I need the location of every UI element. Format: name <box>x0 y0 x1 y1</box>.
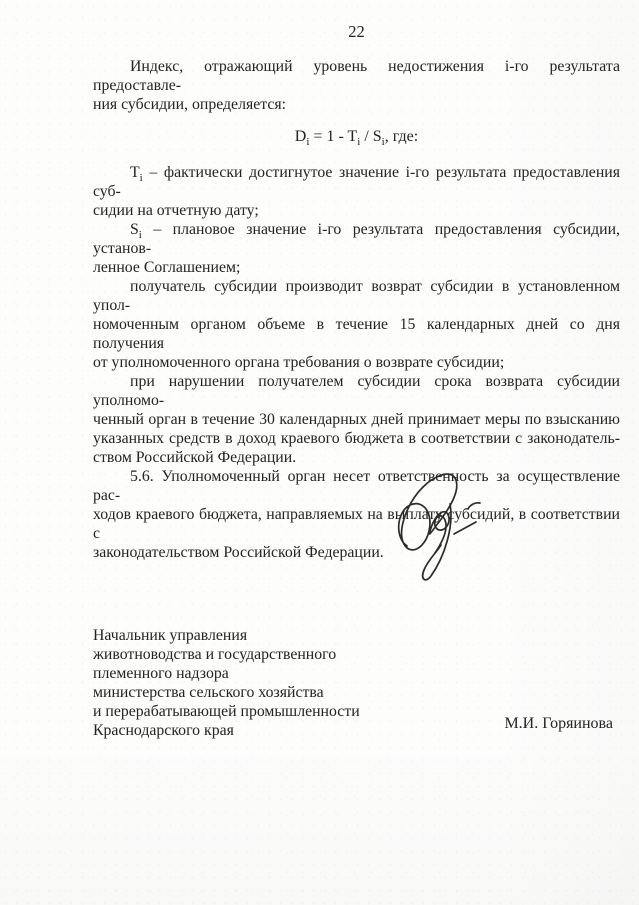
text-line: 5.6. Уполномоченный орган несет ответств… <box>93 467 620 505</box>
text-line: указанных средств в доход краевого бюдже… <box>93 429 620 448</box>
formula-op: / S <box>360 128 381 145</box>
formula-op: = 1 - T <box>309 128 357 145</box>
text-line: ния субсидии, определяется: <box>93 95 620 114</box>
signoff-line: племенного надзора <box>93 664 423 683</box>
text-line: законодательством Российской Федерации. <box>93 543 620 562</box>
definition-text: – плановое значение i-го результата пред… <box>93 221 620 257</box>
definition-text: – фактически достигнутое значение i-го р… <box>93 164 620 200</box>
text-line: ленное Соглашением; <box>93 258 620 277</box>
text-line: ченный орган в течение 30 календарных дн… <box>93 410 620 429</box>
signoff-line: Начальник управления <box>93 626 423 645</box>
signature-main-stroke <box>399 474 457 553</box>
text-line: ством Российской Федерации. <box>93 448 620 467</box>
signoff-line: и перерабатывающей промышленности <box>93 702 423 721</box>
intro-paragraph: Индекс, отражающий уровень недостижения … <box>93 57 620 114</box>
handwritten-signature-icon <box>383 448 495 586</box>
signoff-line: Краснодарского края <box>93 721 423 740</box>
formula-var: D <box>295 128 307 145</box>
definition-symbol: S <box>130 221 139 238</box>
text-line: получатель субсидии производит возврат с… <box>93 277 620 315</box>
signature-flick-stroke <box>468 503 480 509</box>
body-text: Ti – фактически достигнутое значение i-г… <box>93 163 620 562</box>
definition-ti-line: Ti – фактически достигнутое значение i-г… <box>93 163 620 201</box>
definition-si-line: Si – плановое значение i-го результата п… <box>93 220 620 258</box>
definition-symbol: T <box>130 164 140 181</box>
signoff-line: животноводства и государственного <box>93 645 423 664</box>
signoff-block: Начальник управления животноводства и го… <box>93 626 620 740</box>
signoff-title: Начальник управления животноводства и го… <box>93 626 423 740</box>
text-line: при нарушении получателем субсидии срока… <box>93 372 620 410</box>
text-line: от уполномоченного органа требования о в… <box>93 353 620 372</box>
formula: Di = 1 - Ti / Si, где: <box>93 127 620 146</box>
text-line: номоченным органом объеме в течение 15 к… <box>93 315 620 353</box>
text-line: сидии на отчетную дату; <box>93 201 620 220</box>
text-line: ходов краевого бюджета, направляемых на … <box>93 505 620 543</box>
signer-name: М.И. Горяинова <box>504 714 613 733</box>
document-page: 22 Индекс, отражающий уровень недостижен… <box>0 0 639 905</box>
text-line: Индекс, отражающий уровень недостижения … <box>93 57 620 95</box>
text-column: 22 Индекс, отражающий уровень недостижен… <box>93 0 620 740</box>
signoff-line: министерства сельского хозяйства <box>93 683 423 702</box>
signature-dash-stroke <box>454 522 476 534</box>
formula-tail: , где: <box>385 128 418 145</box>
page-number: 22 <box>93 22 620 41</box>
